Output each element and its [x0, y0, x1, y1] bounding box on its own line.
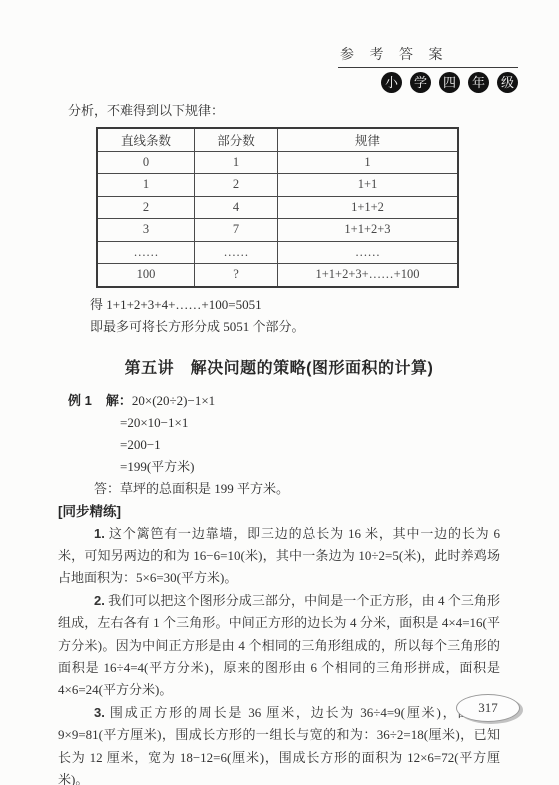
example-step: =20×10−1×1: [120, 412, 500, 434]
badge-char: 年: [468, 72, 489, 93]
item-text: 我们可以把这个图形分成三部分，中间是一个正方形，由 4 个三角形组成，左右各有 …: [58, 593, 500, 698]
analysis-line: 分析，不难得到以下规律：: [68, 101, 500, 120]
page-content: 分析，不难得到以下规律： 直线条数 部分数 规律 0 1 1 1 2 1+1 2…: [58, 101, 500, 785]
page-number: 317: [478, 700, 498, 715]
example-step: =200−1: [120, 434, 500, 456]
rule-table: 直线条数 部分数 规律 0 1 1 1 2 1+1 2 4 1+1+2 3 7: [96, 127, 459, 288]
badge-char: 学: [410, 72, 431, 93]
header-title: 参 考 答 案: [338, 44, 518, 64]
table-row: 3 7 1+1+2+3: [97, 219, 458, 242]
item-text: 围成正方形的周长是 36 厘米，边长为 36÷4=9(厘米)，面积是 9×9=8…: [58, 705, 500, 785]
table-cell: 1: [97, 174, 194, 197]
example-label: 例 1: [68, 393, 92, 408]
table-header-cell: 规律: [277, 128, 458, 151]
table-cell: 0: [97, 151, 194, 174]
example-block: 例 1解：20×(20÷2)−1×1 =20×10−1×1 =200−1 =19…: [58, 390, 500, 500]
table-cell: 1: [194, 151, 277, 174]
example-first-line: 例 1解：20×(20÷2)−1×1: [68, 390, 500, 412]
table-header-row: 直线条数 部分数 规律: [97, 128, 458, 151]
table-cell: 100: [97, 264, 194, 287]
table-cell: ……: [194, 241, 277, 264]
page-header: 参 考 答 案 小 学 四 年 级: [338, 44, 518, 93]
table-cell: ……: [277, 241, 458, 264]
practice-item: 1. 这个篱笆有一边靠墙，即三边的总长为 16 米，其中一边的长为 6 米，可知…: [58, 523, 500, 590]
item-number: 3.: [94, 705, 105, 720]
solve-label: 解：: [106, 393, 132, 408]
table-cell: 4: [194, 196, 277, 219]
table-cell: 1+1+2+3+……+100: [277, 264, 458, 287]
table-cell: 3: [97, 219, 194, 242]
book-page: 参 考 答 案 小 学 四 年 级 分析，不难得到以下规律： 直线条数 部分数 …: [0, 0, 559, 785]
item-number: 2.: [94, 593, 105, 608]
practice-heading: [同步精练]: [58, 502, 500, 522]
conclusion-block: 得 1+1+2+3+4+……+100=5051 即最多可将长方形分成 5051 …: [90, 294, 500, 338]
table-row: 100 ? 1+1+2+3+……+100: [97, 264, 458, 287]
conclusion-line-2: 即最多可将长方形分成 5051 个部分。: [90, 316, 500, 338]
answer-line: 答：草坪的总面积是 199 平方米。: [94, 478, 500, 500]
example-step: =199(平方米): [120, 456, 500, 478]
example-expression: 20×(20÷2)−1×1: [132, 393, 215, 408]
header-rule: [338, 67, 518, 68]
badge-char: 级: [497, 72, 518, 93]
table-header-cell: 部分数: [194, 128, 277, 151]
page-number-oval: 317: [456, 694, 520, 722]
grade-badge: 小 学 四 年 级: [338, 72, 518, 93]
practice-item: 2. 我们可以把这个图形分成三部分，中间是一个正方形，由 4 个三角形组成，左右…: [58, 590, 500, 702]
table-cell: 1+1: [277, 174, 458, 197]
conclusion-line-1: 得 1+1+2+3+4+……+100=5051: [90, 294, 500, 316]
table-row: …… …… ……: [97, 241, 458, 264]
table-cell: 7: [194, 219, 277, 242]
badge-char: 四: [439, 72, 460, 93]
item-text: 这个篱笆有一边靠墙，即三边的总长为 16 米，其中一边的长为 6 米，可知另两边…: [58, 526, 500, 586]
table-cell: 2: [194, 174, 277, 197]
table-cell: ……: [97, 241, 194, 264]
table-cell: 1+1+2+3: [277, 219, 458, 242]
table-row: 1 2 1+1: [97, 174, 458, 197]
table-row: 0 1 1: [97, 151, 458, 174]
practice-item: 3. 围成正方形的周长是 36 厘米，边长为 36÷4=9(厘米)，面积是 9×…: [58, 702, 500, 785]
item-number: 1.: [94, 526, 105, 541]
section-heading: 第五讲 解决问题的策略(图形面积的计算): [58, 355, 500, 378]
table-header-cell: 直线条数: [97, 128, 194, 151]
badge-char: 小: [381, 72, 402, 93]
table-cell: 1+1+2: [277, 196, 458, 219]
table-row: 2 4 1+1+2: [97, 196, 458, 219]
table-cell: 1: [277, 151, 458, 174]
table-cell: ?: [194, 264, 277, 287]
table-cell: 2: [97, 196, 194, 219]
